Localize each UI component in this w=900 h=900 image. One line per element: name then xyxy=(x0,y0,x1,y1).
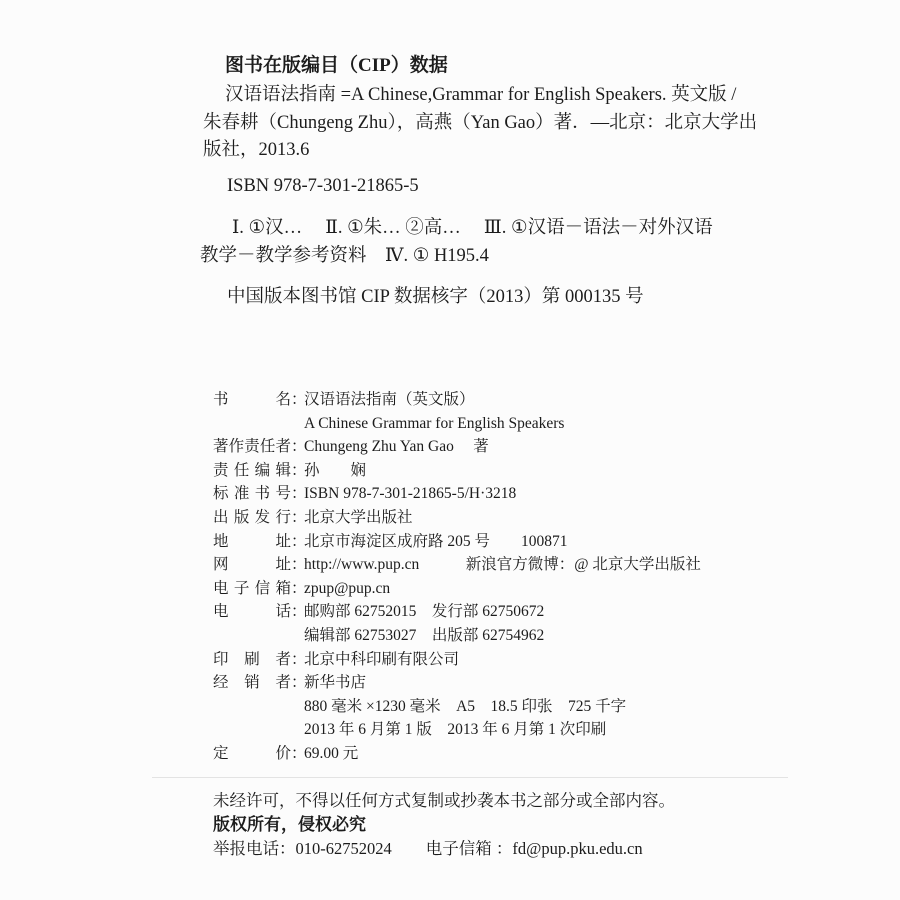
info-row-distributor: 经销者：新华书店 xyxy=(213,671,701,695)
info-value: 编辑部 62753027 出版部 62754962 xyxy=(304,627,544,644)
info-row-authors: 著作责任者：Chungeng Zhu Yan Gao 著 xyxy=(213,435,701,459)
classification-line: 教学－教学参考资料 Ⅳ. ① H195.4 xyxy=(200,242,713,270)
report-phone-number: 010-62752024 xyxy=(296,839,392,858)
cip-description-line: 汉语语法指南 =A Chinese,Grammar for English Sp… xyxy=(203,82,803,110)
info-value: A Chinese Grammar for English Speakers xyxy=(304,415,564,432)
info-row-price: 定价：69.00 元 xyxy=(213,742,701,766)
info-value: http://www.pup.cn 新浪官方微博：@ 北京大学出版社 xyxy=(304,556,701,573)
info-row-book-title: 书名：汉语语法指南（英文版） xyxy=(213,388,701,412)
info-value: Chungeng Zhu Yan Gao 著 xyxy=(304,438,489,455)
info-row-website: 网址：http://www.pup.cn 新浪官方微博：@ 北京大学出版社 xyxy=(213,553,701,577)
info-row-edition: 2013 年 6 月第 1 版 2013 年 6 月第 1 次印刷 xyxy=(213,718,701,742)
info-label: 责任编辑 xyxy=(213,459,291,483)
info-value: 北京中科印刷有限公司 xyxy=(304,651,459,668)
info-label: 电话 xyxy=(213,600,291,624)
info-value: 汉语语法指南（英文版） xyxy=(304,391,475,408)
info-row-phone: 电话：邮购部 62752015 发行部 62750672 xyxy=(213,600,701,624)
report-contact-line: 举报电话：010-62752024电子信箱 ：fd@pup.pku.edu.cn xyxy=(213,837,675,861)
cip-record-number: 中国版本图书馆 CIP 数据核字（2013）第 000135 号 xyxy=(227,282,644,308)
info-row-format: 880 毫米 ×1230 毫米 A5 18.5 印张 725 千字 xyxy=(213,695,701,719)
classification-line: Ⅰ. ①汉… Ⅱ. ①朱… ②高… Ⅲ. ①汉语－语法－对外汉语 xyxy=(200,214,713,242)
info-value: 新华书店 xyxy=(304,674,366,691)
no-copy-warning: 未经许可，不得以任何方式复制或抄袭本书之部分或全部内容。 xyxy=(213,789,675,813)
book-info-section: 书名：汉语语法指南（英文版） A Chinese Grammar for Eng… xyxy=(213,388,701,766)
report-email-address: fd@pup.pku.edu.cn xyxy=(512,839,642,858)
info-label: 电子信箱 xyxy=(213,577,291,601)
info-label: 著作责任者 xyxy=(213,435,291,459)
report-email-label: 电子信箱 ： xyxy=(426,839,513,858)
cip-description-line: 朱春耕（Chungeng Zhu），高燕（Yan Gao）著．—北京：北京大学出 xyxy=(203,110,803,138)
info-row-editor: 责任编辑：孙 娴 xyxy=(213,459,701,483)
info-row-publisher: 出版发行：北京大学出版社 xyxy=(213,506,701,530)
cip-description: 汉语语法指南 =A Chinese,Grammar for English Sp… xyxy=(203,82,803,165)
info-label: 定价 xyxy=(213,742,291,766)
info-value: 69.00 元 xyxy=(304,745,358,762)
info-label: 地址 xyxy=(213,530,291,554)
info-value: 880 毫米 ×1230 毫米 A5 18.5 印张 725 千字 xyxy=(304,698,626,715)
cip-section-title: 图书在版编目（CIP）数据 xyxy=(225,50,448,77)
info-value: 北京市海淀区成府路 205 号 100871 xyxy=(304,533,568,550)
info-label: 标准书号 xyxy=(213,482,291,506)
info-label: 印刷者 xyxy=(213,648,291,672)
cip-description-line: 版社，2013.6 xyxy=(203,137,803,165)
info-row-standard-isbn: 标准书号：ISBN 978-7-301-21865-5/H·3218 xyxy=(213,482,701,506)
info-value: ISBN 978-7-301-21865-5/H·3218 xyxy=(304,485,516,502)
info-value: zpup@pup.cn xyxy=(304,580,390,597)
info-label: 网址 xyxy=(213,553,291,577)
info-value: 北京大学出版社 xyxy=(304,509,413,526)
book-copyright-page: 图书在版编目（CIP）数据 汉语语法指南 =A Chinese,Grammar … xyxy=(0,0,900,900)
report-phone-label: 举报电话： xyxy=(213,839,296,858)
info-value: 孙 娴 xyxy=(304,462,366,479)
cip-classification: Ⅰ. ①汉… Ⅱ. ①朱… ②高… Ⅲ. ①汉语－语法－对外汉语 教学－教学参考… xyxy=(200,214,713,270)
info-row-english-title: A Chinese Grammar for English Speakers xyxy=(213,412,701,436)
info-row-phone-cont: 编辑部 62753027 出版部 62754962 xyxy=(213,624,701,648)
section-divider xyxy=(152,777,788,778)
info-value: 2013 年 6 月第 1 版 2013 年 6 月第 1 次印刷 xyxy=(304,721,606,738)
copyright-notice-section: 未经许可，不得以任何方式复制或抄袭本书之部分或全部内容。 版权所有，侵权必究 举… xyxy=(213,789,675,860)
copyright-statement: 版权所有，侵权必究 xyxy=(213,813,675,837)
info-label: 出版发行 xyxy=(213,506,291,530)
info-label: 书名 xyxy=(213,388,291,412)
info-row-email: 电子信箱：zpup@pup.cn xyxy=(213,577,701,601)
info-label: 经销者 xyxy=(213,671,291,695)
info-row-address: 地址：北京市海淀区成府路 205 号 100871 xyxy=(213,530,701,554)
isbn-number: ISBN 978-7-301-21865-5 xyxy=(227,176,419,197)
info-row-printer: 印刷者：北京中科印刷有限公司 xyxy=(213,648,701,672)
info-value: 邮购部 62752015 发行部 62750672 xyxy=(304,603,544,620)
